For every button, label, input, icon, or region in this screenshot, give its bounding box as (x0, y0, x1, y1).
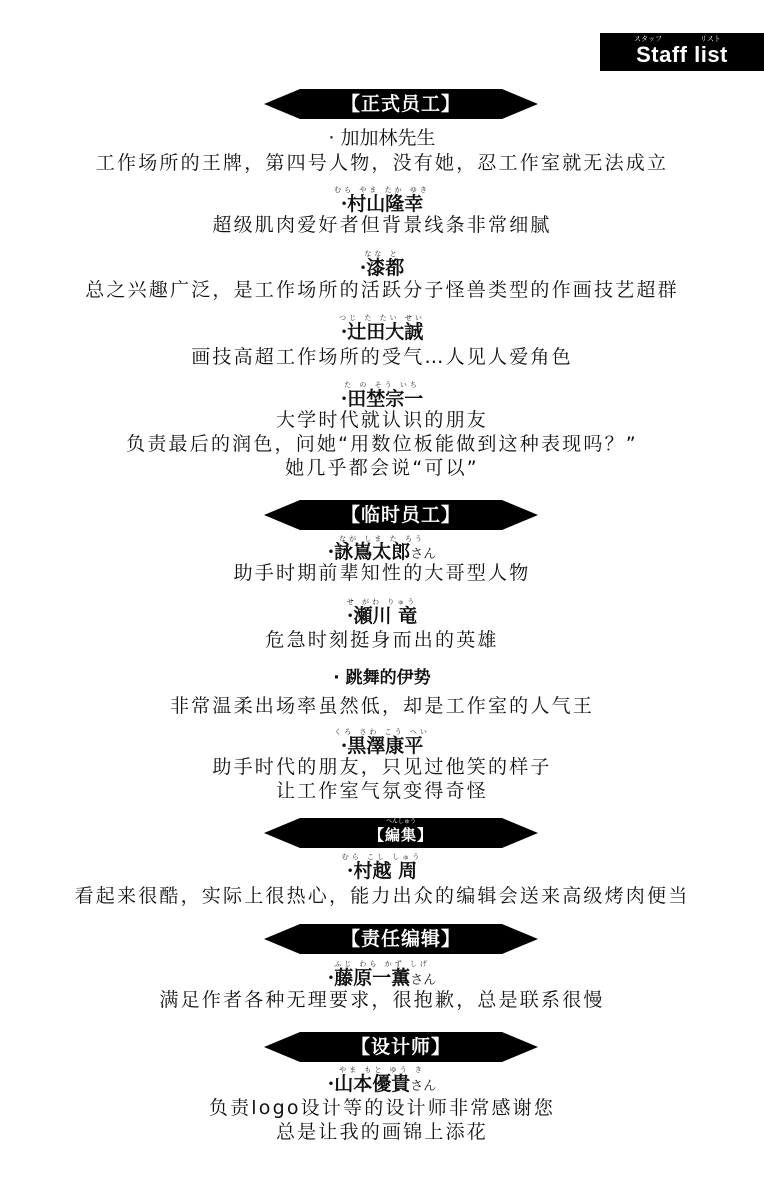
staff-description: 看起来很酷，实际上很热心，能力出众的编辑会送来高级烤肉便当 (0, 884, 764, 908)
staff-name: ·瀬川 竜 (0, 605, 764, 627)
staff-description: 满足作者各种无理要求，很抱歉，总是联系很慢 (0, 988, 764, 1012)
section-banner-temporary-staff: 【临时员工】 (264, 500, 538, 530)
staff-name: ·山本優貴さん (0, 1073, 764, 1098)
section-title: 【正式员工】 (264, 89, 538, 119)
staff-name-text: ·藤原一薫 (328, 967, 411, 989)
staff-description: 助手时代的朋友，只见过他笑的样子 (0, 755, 764, 779)
section-banner-editor-in-charge: 【责任编辑】 (264, 924, 538, 954)
staff-name: ·黒澤康平 (0, 735, 764, 757)
section-title: 【临时员工】 (264, 500, 538, 530)
staff-name: ·村越 周 (0, 860, 764, 882)
staff-name-text: ·山本優貴 (328, 1073, 411, 1095)
staff-description: 非常温柔出场率虽然低，却是工作室的人气王 (0, 694, 764, 718)
honorific-suffix: さん (410, 547, 436, 562)
staff-description: 她几乎都会说“可以” (0, 456, 764, 480)
staff-description: 大学时代就认识的朋友 (0, 408, 764, 432)
honorific-suffix: さん (410, 1079, 436, 1094)
staff-list-header: スタッフ リスト Staff list (600, 33, 764, 71)
staff-description: 工作场所的王牌，第四号人物，没有她，忍工作室就无法成立 (0, 151, 764, 175)
staff-description: 画技高超工作场所的受气…人见人爱角色 (0, 345, 764, 369)
staff-description: 让工作室气氛变得奇怪 (0, 779, 764, 803)
staff-description: 助手时期前辈知性的大哥型人物 (0, 561, 764, 585)
staff-description: 负责最后的润色，问她“用数位板能做到这种表现吗？” (0, 432, 764, 456)
staff-description: 总是让我的画锦上添花 (0, 1120, 764, 1144)
staff-name: · 加加林先生 (0, 127, 764, 149)
staff-name: · 跳舞的伊势 (0, 667, 764, 689)
section-title: 【责任编辑】 (264, 924, 538, 954)
section-banner-designer: 【设计师】 (264, 1032, 538, 1062)
staff-description: 总之兴趣广泛，是工作场所的活跃分子怪兽类型的作画技艺超群 (0, 278, 764, 302)
section-banner-regular-staff: 【正式员工】 (264, 89, 538, 119)
page-title: Staff list (600, 42, 764, 68)
honorific-suffix: さん (410, 973, 436, 988)
staff-description: 危急时刻挺身而出的英雄 (0, 628, 764, 652)
staff-description: 负责logo设计等的设计师非常感谢您 (0, 1096, 764, 1120)
staff-description: 超级肌肉爱好者但背景线条非常细腻 (0, 213, 764, 237)
staff-name: ·辻田大誠 (0, 321, 764, 343)
staff-name: ·田埜宗一 (0, 388, 764, 410)
section-title: 【編集】 (264, 818, 538, 848)
staff-name: ·漆都 (0, 257, 764, 279)
staff-name-text: ·詠嶌太郎 (328, 541, 411, 563)
section-banner-editorial: へんしゅう 【編集】 (264, 818, 538, 848)
staff-name: ·村山隆幸 (0, 193, 764, 215)
section-title: 【设计师】 (264, 1032, 538, 1062)
